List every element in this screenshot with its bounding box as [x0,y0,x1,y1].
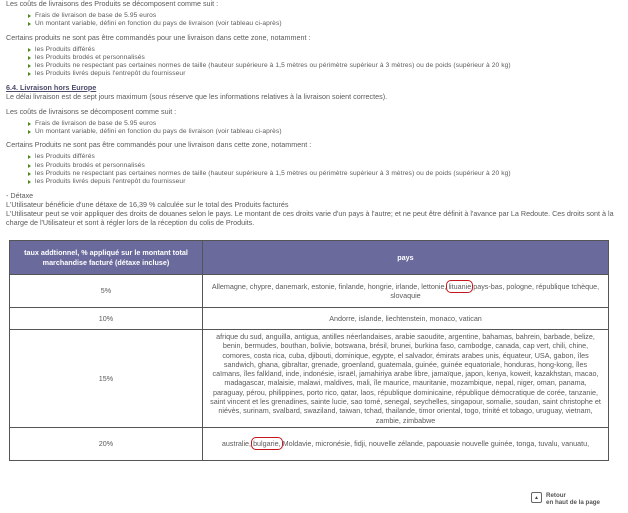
section-costs-list: Frais de livraison de base de 5.95 euros… [6,120,622,137]
customs-duties-note: L'Utilisateur peut se voir appliquer des… [6,209,622,227]
list-item: les Produits brodés et personnalisés [28,54,622,62]
section-restrictions-list: les Produits différés les Produits brodé… [6,153,622,186]
countries-cell: afrique du sud, anguilla, antigua, antil… [203,330,609,428]
table-row: 5%Allemagne, chypre, danemark, estonie, … [10,275,609,308]
section-restrictions-intro: Certains Produits ne sont pas être comma… [6,140,622,149]
list-item: les Produits ne respectant pas certaines… [28,170,622,178]
costs-intro: Les coûts de livraisons des Produits se … [6,0,622,8]
list-item: les Produits livrés depuis l'entrepôt du… [28,178,622,186]
countries-cell: australie, bulgarie, Moldavie, micronési… [203,427,609,460]
list-item: Frais de livraison de base de 5.95 euros [28,12,622,20]
bullet-arrow-icon [28,48,31,52]
bullet-arrow-icon [28,122,31,126]
list-item: les Produits différés [28,46,622,54]
section-costs-intro: Les coûts de livraisons se décomposent c… [6,107,622,116]
top-costs-list: Frais de livraison de base de 5.95 euros… [6,12,622,29]
rates-table: taux addtionnel, % appliqué sur le monta… [9,240,609,461]
bullet-arrow-icon [28,22,31,26]
rate-cell: 20% [10,427,203,460]
countries-cell: Andorre, islande, liechtenstein, monaco,… [203,308,609,330]
list-item: Un montant variable, défini en fonction … [28,128,622,136]
rate-cell: 10% [10,308,203,330]
rate-cell: 5% [10,275,203,308]
bullet-arrow-icon [28,172,31,176]
delivery-delay: Le délai livraison est de sept jours max… [6,92,622,101]
bullet-arrow-icon [28,180,31,184]
table-row: 10%Andorre, islande, liechtenstein, mona… [10,308,609,330]
countries-cell: Allemagne, chypre, danemark, estonie, fi… [203,275,609,308]
back-to-top-line2: en haut de la page [546,499,600,506]
detaxe-title: - Détaxe [6,191,622,200]
list-item: les Produits livrés depuis l'entrepôt du… [28,70,622,78]
bullet-arrow-icon [28,164,31,168]
page-content: Les coûts de livraisons des Produits se … [6,0,622,227]
list-item: les Produits différés [28,153,622,161]
bullet-arrow-icon [28,130,31,134]
table-row: 20%australie, bulgarie, Moldavie, micron… [10,427,609,460]
header-rate: taux addtionnel, % appliqué sur le monta… [10,241,203,275]
list-item: les Produits ne respectant pas certaines… [28,62,622,70]
bullet-arrow-icon [28,14,31,18]
bullet-arrow-icon [28,56,31,60]
list-item: les Produits brodés et personnalisés [28,162,622,170]
list-item: Frais de livraison de base de 5.95 euros [28,120,622,128]
table-row: 15%afrique du sud, anguilla, antigua, an… [10,330,609,428]
table-header-row: taux addtionnel, % appliqué sur le monta… [10,241,609,275]
back-to-top-link[interactable]: ▲ Retour en haut de la page [531,492,600,506]
back-to-top-line1: Retour [546,492,600,499]
bullet-arrow-icon [28,72,31,76]
top-restrictions-list: les Produits différés les Produits brodé… [6,46,622,79]
rate-cell: 15% [10,330,203,428]
arrow-up-icon: ▲ [531,492,542,503]
detaxe-rate: L'Utilisateur bénéficie d'une détaxe de … [6,200,622,209]
header-countries: pays [203,241,609,275]
restrictions-intro: Certains produits ne sont pas être comma… [6,33,622,42]
bullet-arrow-icon [28,64,31,68]
section-title: 6.4. Livraison hors Europe [6,83,622,92]
list-item: Un montant variable, défini en fonction … [28,20,622,28]
highlighted-country: lituanie [448,282,471,291]
bullet-arrow-icon [28,155,31,159]
highlighted-country: bulgarie, [253,439,281,448]
